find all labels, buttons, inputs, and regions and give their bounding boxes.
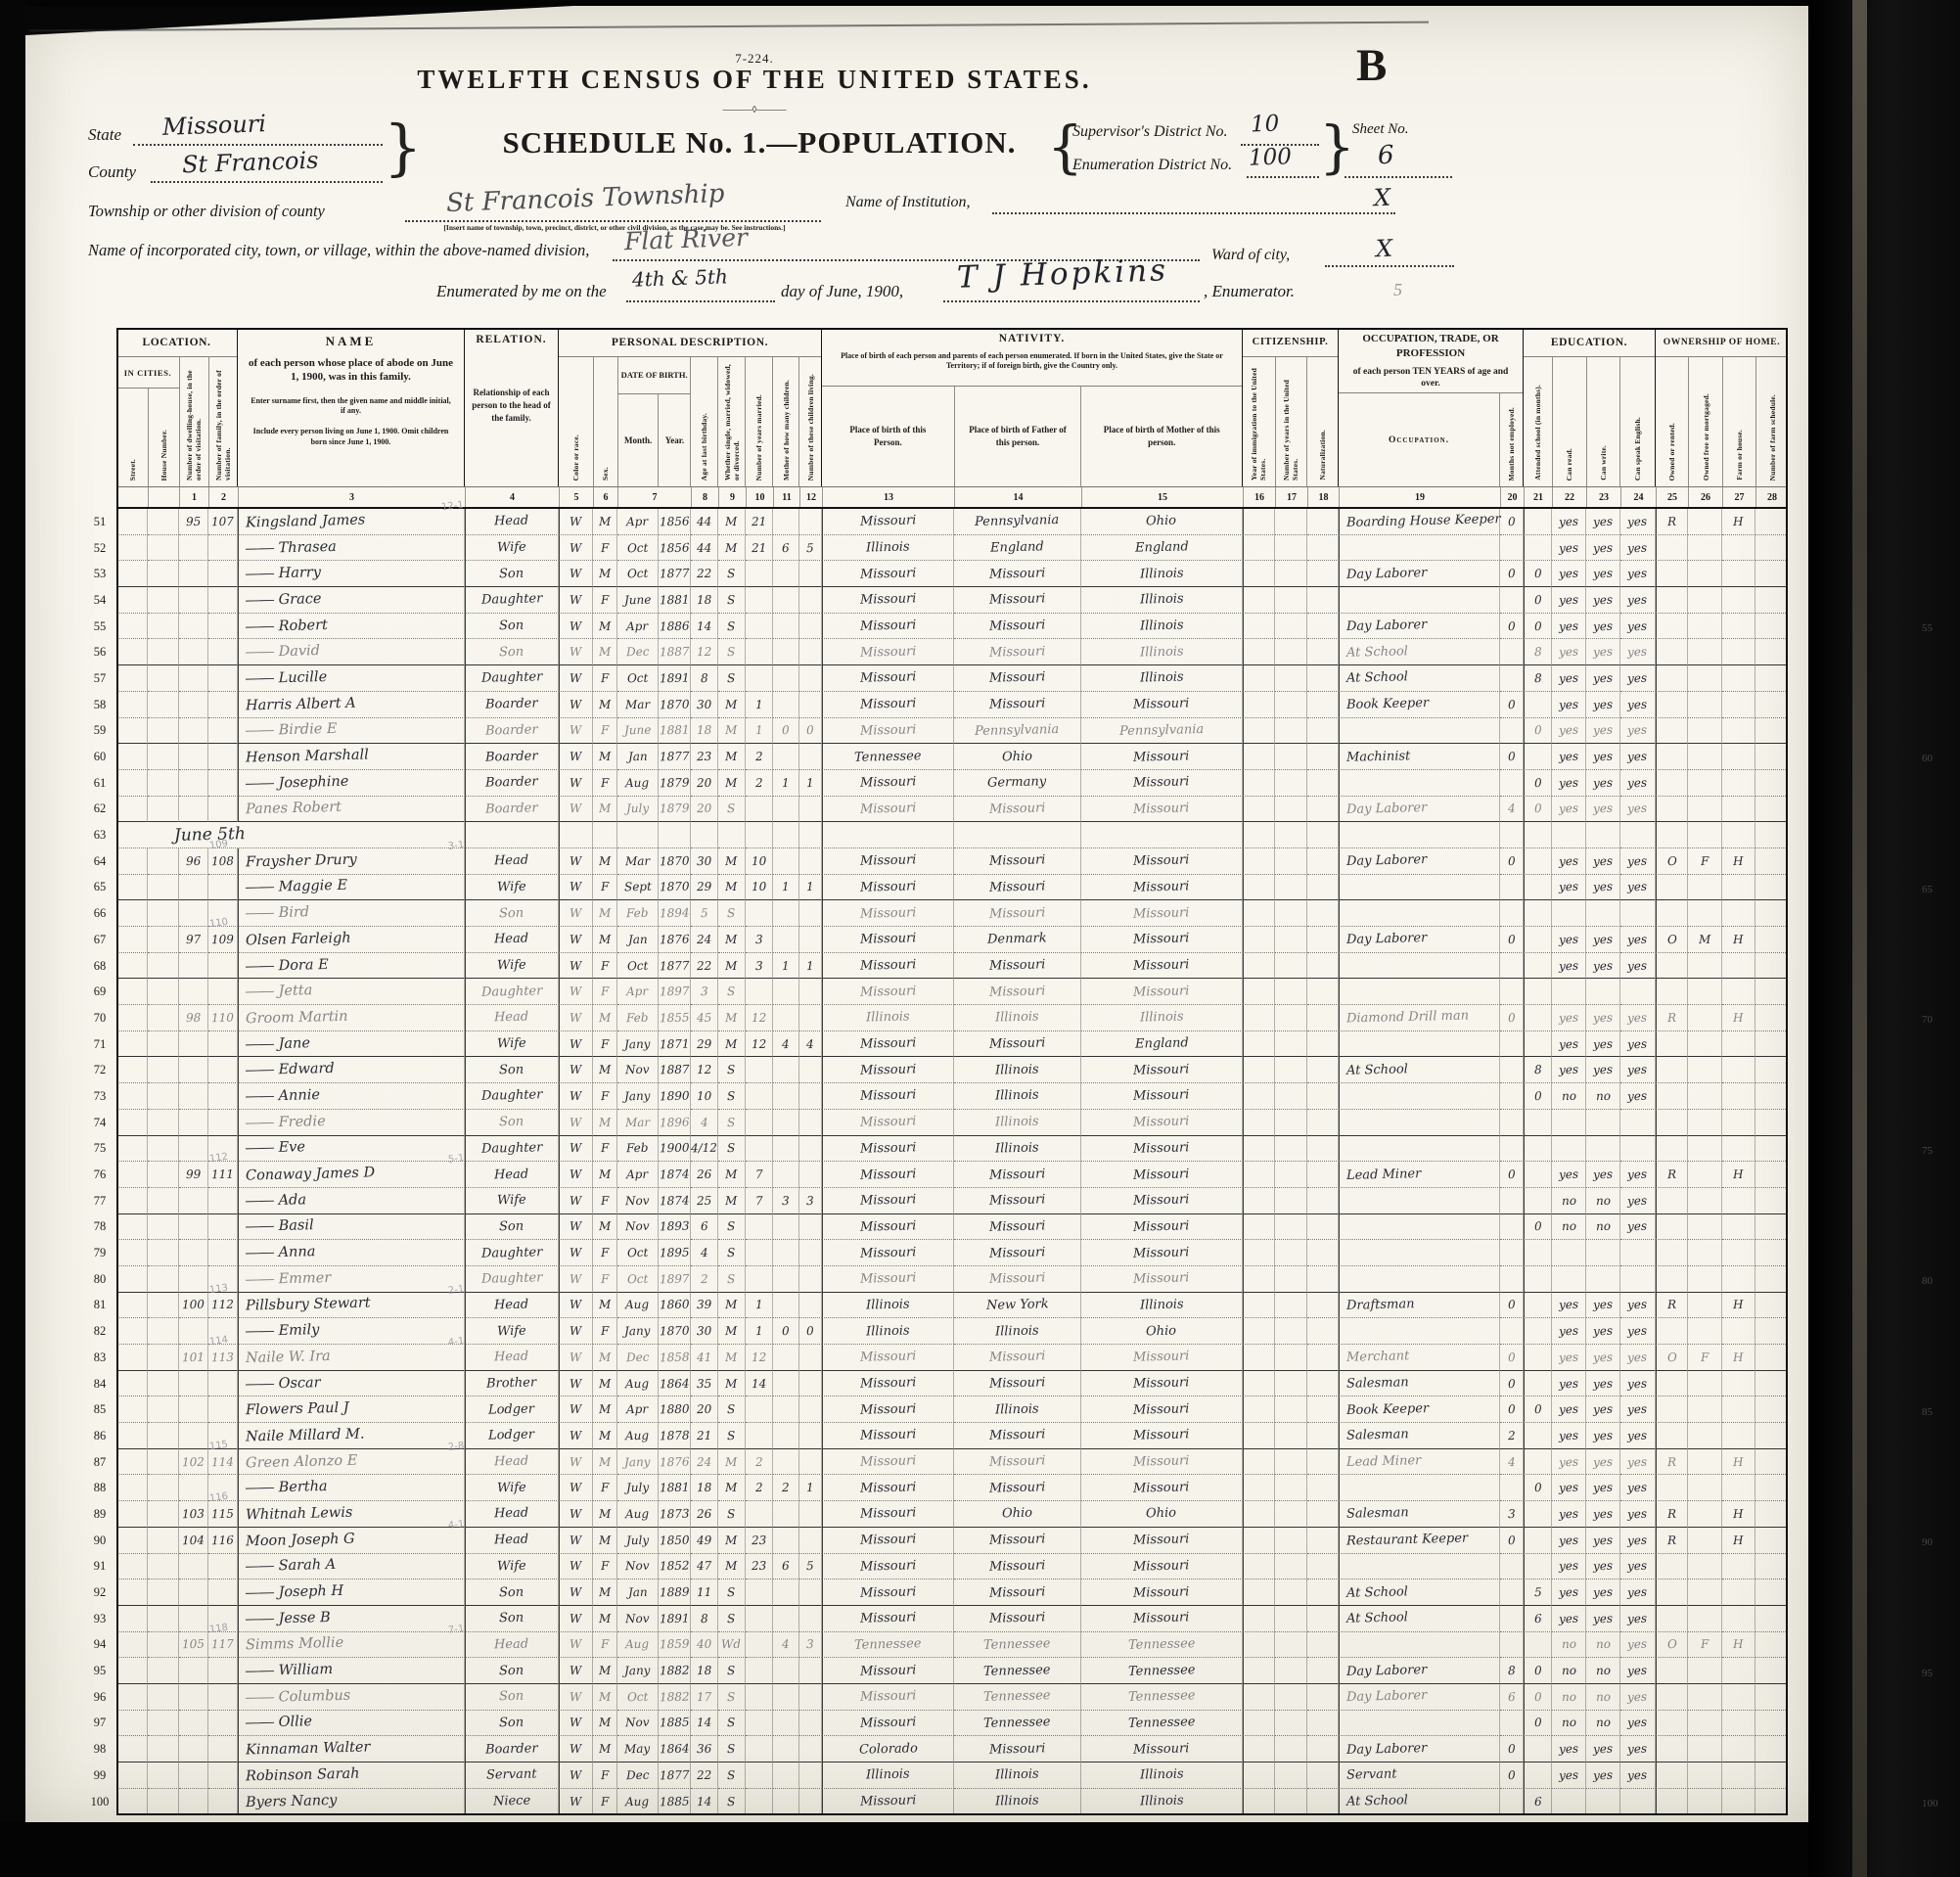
cell-yr: 1877 bbox=[659, 1763, 691, 1789]
cell-wr: yes bbox=[1586, 1005, 1620, 1031]
cell-nat bbox=[1307, 1318, 1339, 1345]
cell-fam bbox=[208, 1711, 238, 1737]
census-table: LOCATION. IN CITIES. Street. House Numbe… bbox=[83, 328, 1788, 1817]
cell-en: yes bbox=[1620, 1736, 1656, 1763]
cell-pb: Missouri bbox=[822, 1371, 954, 1397]
cell-fm bbox=[1688, 1658, 1722, 1684]
cell-own bbox=[1656, 744, 1688, 770]
cell-m: S bbox=[718, 1423, 746, 1449]
cell-pm: Missouri bbox=[1081, 1736, 1243, 1763]
cell-sched bbox=[1755, 1031, 1788, 1058]
ward-line bbox=[1325, 265, 1454, 267]
cell-s: M bbox=[593, 1449, 617, 1476]
cell-mo bbox=[617, 822, 659, 848]
cell-mne bbox=[1500, 1110, 1524, 1136]
cell-mne bbox=[1500, 639, 1524, 665]
cell-s: M bbox=[593, 797, 617, 823]
cell-wr: no bbox=[1586, 1711, 1620, 1737]
cell-own: R bbox=[1656, 509, 1688, 535]
cell-sched bbox=[1755, 561, 1788, 587]
cell-m: M bbox=[718, 535, 746, 562]
cell-mo: Mar bbox=[617, 692, 659, 718]
cell-dw: 95 bbox=[179, 509, 208, 535]
cell-name: Panes Robert bbox=[238, 797, 465, 823]
cell-yr: 1900 bbox=[659, 1136, 691, 1163]
cell-rel: Boarder bbox=[465, 744, 559, 770]
column-number: 21 bbox=[1524, 487, 1552, 507]
cell-en: yes bbox=[1620, 1711, 1656, 1737]
cell-sch: 0 bbox=[1524, 1396, 1552, 1423]
cell-occ bbox=[1339, 979, 1500, 1005]
cell-occ: Day Laborer bbox=[1339, 1684, 1500, 1711]
cell-own bbox=[1656, 1579, 1688, 1606]
cell-n: 55 bbox=[83, 614, 116, 640]
cell-cl: 3 bbox=[799, 1188, 822, 1214]
cell-cl bbox=[799, 927, 822, 953]
cell-wr: yes bbox=[1586, 614, 1620, 640]
cell-en bbox=[1620, 900, 1656, 927]
cell-nat bbox=[1307, 1240, 1339, 1266]
cell-cl bbox=[799, 1345, 822, 1371]
cell-n: 73 bbox=[83, 1083, 116, 1110]
cell-fm bbox=[1688, 1083, 1722, 1110]
personal-title: PERSONAL DESCRIPTION. bbox=[559, 328, 821, 357]
cell-mo: Jany bbox=[617, 1449, 659, 1476]
cell-pb: Missouri bbox=[822, 1110, 954, 1136]
cell-occ: Salesman bbox=[1339, 1501, 1500, 1528]
cell-ym: 21 bbox=[746, 535, 773, 562]
cell-fm bbox=[1688, 1396, 1722, 1423]
cell-mne: 8 bbox=[1500, 1658, 1524, 1684]
cell-dw bbox=[179, 1475, 208, 1501]
cell-en: yes bbox=[1620, 587, 1656, 614]
cell-rel: Daughter bbox=[465, 979, 559, 1005]
cell-yus bbox=[1275, 509, 1307, 535]
cell-ym bbox=[746, 665, 773, 692]
cell-sch bbox=[1524, 953, 1552, 980]
cell-mc bbox=[773, 1136, 799, 1163]
cell-street bbox=[116, 718, 148, 745]
cell-pm: Missouri bbox=[1081, 797, 1243, 823]
cell-sched bbox=[1755, 1214, 1788, 1241]
cell-fh bbox=[1722, 1423, 1755, 1449]
cell-im bbox=[1243, 1528, 1275, 1554]
table-header: LOCATION. IN CITIES. Street. House Numbe… bbox=[116, 328, 1788, 487]
cell-wr: yes bbox=[1586, 770, 1620, 797]
cell-own: R bbox=[1656, 1528, 1688, 1554]
cell-pm: Illinois bbox=[1081, 561, 1243, 587]
cell-yus bbox=[1275, 1240, 1307, 1266]
cell-yr: 1885 bbox=[659, 1711, 691, 1737]
cell-mc: 6 bbox=[773, 1554, 799, 1580]
column-number: 17 bbox=[1275, 487, 1307, 507]
cell-nat bbox=[1307, 1057, 1339, 1083]
header-group-relation: RELATION. Relationship of each person to… bbox=[465, 328, 559, 486]
cell-im bbox=[1243, 848, 1275, 875]
cell-mne bbox=[1500, 979, 1524, 1005]
cell-pb: Missouri bbox=[822, 1345, 954, 1371]
cell-age: 18 bbox=[691, 1658, 718, 1684]
col28-label: Number of farm schedule. bbox=[1768, 394, 1777, 481]
cell-occ bbox=[1339, 770, 1500, 797]
cell-ym: 10 bbox=[746, 875, 773, 901]
cell-mc bbox=[773, 1423, 799, 1449]
cell-name: ―― Birdie E bbox=[238, 718, 465, 745]
cell-sch bbox=[1524, 848, 1552, 875]
cell-yr: 1886 bbox=[659, 614, 691, 640]
cell-house bbox=[148, 1266, 179, 1293]
cell-mo: Feb bbox=[617, 1136, 659, 1163]
cell-pm: Illinois bbox=[1081, 1005, 1243, 1031]
cell-n: 92 bbox=[83, 1579, 116, 1606]
column-number: 27 bbox=[1722, 487, 1755, 507]
cell-m: M bbox=[718, 1528, 746, 1554]
cell-own: R bbox=[1656, 1162, 1688, 1188]
cell-yus bbox=[1275, 900, 1307, 927]
cell-wr: yes bbox=[1586, 1763, 1620, 1789]
cell-fh bbox=[1722, 770, 1755, 797]
cell-pf: Missouri bbox=[954, 1736, 1081, 1763]
cell-pf: Missouri bbox=[954, 953, 1081, 980]
cell-fm bbox=[1688, 1423, 1722, 1449]
cell-s: M bbox=[593, 900, 617, 927]
cell-c: W bbox=[559, 953, 593, 980]
cell-n: 82 bbox=[83, 1318, 116, 1345]
cell-age: 18 bbox=[691, 718, 718, 745]
cell-age: 49 bbox=[691, 1528, 718, 1554]
cell-sched bbox=[1755, 639, 1788, 665]
cell-im bbox=[1243, 1396, 1275, 1423]
cell-im bbox=[1243, 1345, 1275, 1371]
cell-rel: Wife bbox=[465, 953, 559, 980]
cell-rel: Wife bbox=[465, 1031, 559, 1058]
cell-wr: yes bbox=[1586, 1396, 1620, 1423]
cell-sched bbox=[1755, 692, 1788, 718]
cell-s: F bbox=[593, 587, 617, 614]
cell-name: ―― Oscar bbox=[238, 1371, 465, 1397]
column-number: 19 bbox=[1339, 487, 1500, 507]
cell-rd: yes bbox=[1552, 953, 1586, 980]
cell-ym bbox=[746, 1240, 773, 1266]
cell-wr bbox=[1586, 822, 1620, 848]
cell-pf: Missouri bbox=[954, 979, 1081, 1005]
cell-n: 68 bbox=[83, 953, 116, 980]
cell-yus bbox=[1275, 797, 1307, 823]
cell-age: 20 bbox=[691, 1396, 718, 1423]
cell-pm bbox=[1081, 822, 1243, 848]
cell-ym bbox=[746, 1423, 773, 1449]
institution-line bbox=[992, 212, 1395, 214]
cell-age: 22 bbox=[691, 953, 718, 980]
cell-fh bbox=[1722, 1789, 1755, 1815]
cell-mo: Apr bbox=[617, 1396, 659, 1423]
cell-street bbox=[116, 639, 148, 665]
cell-occ: At School bbox=[1339, 639, 1500, 665]
cell-yus bbox=[1275, 1136, 1307, 1163]
cell-age: 21 bbox=[691, 1423, 718, 1449]
cell-ym: 23 bbox=[746, 1528, 773, 1554]
cell-sched bbox=[1755, 1345, 1788, 1371]
enumerated-label: Enumerated by me on the bbox=[436, 282, 607, 301]
cell-m: M bbox=[718, 509, 746, 535]
cell-ym bbox=[746, 614, 773, 640]
column-number bbox=[148, 487, 179, 507]
cell-fh bbox=[1722, 1396, 1755, 1423]
cell-yr: 1880 bbox=[659, 1396, 691, 1423]
cell-rel: Wife bbox=[465, 1318, 559, 1345]
cell-fam: 117118 bbox=[208, 1632, 238, 1659]
cell-fh bbox=[1722, 822, 1755, 848]
col-house-label: House Number. bbox=[160, 430, 168, 481]
cell-fm bbox=[1688, 797, 1722, 823]
cell-pb: Missouri bbox=[822, 692, 954, 718]
cell-age: 26 bbox=[691, 1162, 718, 1188]
dob-title: DATE OF BIRTH. bbox=[618, 357, 691, 394]
cell-pb: Missouri bbox=[822, 1554, 954, 1580]
cell-s: M bbox=[593, 1005, 617, 1031]
cell-yr: 1881 bbox=[659, 587, 691, 614]
edge-row-number: 75 bbox=[1922, 1145, 1955, 1157]
cell-mo: Nov bbox=[617, 1606, 659, 1632]
cell-fm bbox=[1688, 718, 1722, 745]
cell-pf: Missouri bbox=[954, 1449, 1081, 1476]
cell-rd: yes bbox=[1552, 1579, 1586, 1606]
cell-street bbox=[116, 1240, 148, 1266]
cell-rd: yes bbox=[1552, 797, 1586, 823]
cell-n: 53 bbox=[83, 561, 116, 587]
scan-bottom-edge bbox=[0, 1822, 1808, 1877]
cell-sched bbox=[1755, 1396, 1788, 1423]
cell-c: W bbox=[559, 900, 593, 927]
cell-yus bbox=[1275, 1528, 1307, 1554]
cell-sch: 0 bbox=[1524, 561, 1552, 587]
cell-age: 24 bbox=[691, 1449, 718, 1476]
cell-sch: 5 bbox=[1524, 1579, 1552, 1606]
cell-mne bbox=[1500, 587, 1524, 614]
cell-s: M bbox=[593, 744, 617, 770]
cell-dw bbox=[179, 1266, 208, 1293]
cell-mne: 0 bbox=[1500, 848, 1524, 875]
cell-rd: yes bbox=[1552, 848, 1586, 875]
cell-rel bbox=[465, 822, 559, 848]
cell-street bbox=[116, 953, 148, 980]
header-group-name: NAME of each person whose place of abode… bbox=[238, 328, 465, 486]
cell-en: yes bbox=[1620, 1057, 1656, 1083]
cell-im bbox=[1243, 692, 1275, 718]
cell-age: 8 bbox=[691, 665, 718, 692]
cell-fh bbox=[1722, 1606, 1755, 1632]
cell-age: 18 bbox=[691, 1475, 718, 1501]
cell-fm bbox=[1688, 900, 1722, 927]
cell-fm bbox=[1688, 1136, 1722, 1163]
cell-cl bbox=[799, 1266, 822, 1293]
cell-ym bbox=[746, 1214, 773, 1241]
cell-pb: Missouri bbox=[822, 1266, 954, 1293]
cell-pb: Missouri bbox=[822, 1528, 954, 1554]
cell-rel: Son bbox=[465, 1658, 559, 1684]
cell-rel: Son bbox=[465, 561, 559, 587]
cell-fam bbox=[208, 587, 238, 614]
cell-pm: Illinois bbox=[1081, 587, 1243, 614]
cell-name: Moon Joseph G4-1 bbox=[238, 1528, 465, 1554]
cell-rel: Daughter bbox=[465, 1136, 559, 1163]
cell-m: M bbox=[718, 1318, 746, 1345]
cell-rd bbox=[1552, 1266, 1586, 1293]
cell-nat bbox=[1307, 1214, 1339, 1241]
cell-name: ―― Emily bbox=[238, 1318, 465, 1345]
cell-house bbox=[148, 1449, 179, 1476]
cell-cl bbox=[799, 1736, 822, 1763]
column-number: 6 bbox=[593, 487, 617, 507]
cell-fm bbox=[1688, 979, 1722, 1005]
cell-m: S bbox=[718, 1240, 746, 1266]
column-number: 22 bbox=[1552, 487, 1586, 507]
cell-street bbox=[116, 1632, 148, 1659]
col19-label: Occupation. bbox=[1339, 393, 1499, 486]
cell-c: W bbox=[559, 1110, 593, 1136]
cell-n: 60 bbox=[83, 744, 116, 770]
cell-rd: yes bbox=[1552, 1554, 1586, 1580]
cell-name: Conaway James D5-1 bbox=[238, 1162, 465, 1188]
cell-s: F bbox=[593, 1240, 617, 1266]
cell-rel: Brother bbox=[465, 1371, 559, 1397]
cell-fm bbox=[1688, 1214, 1722, 1241]
cell-cl bbox=[799, 561, 822, 587]
cell-m: M bbox=[718, 927, 746, 953]
cell-im bbox=[1243, 718, 1275, 745]
cell-pb: Missouri bbox=[822, 770, 954, 797]
cell-rd: no bbox=[1552, 1188, 1586, 1214]
cell-pf: Tennessee bbox=[954, 1658, 1081, 1684]
cell-own bbox=[1656, 1554, 1688, 1580]
cell-name: Byers Nancy bbox=[238, 1789, 465, 1815]
cell-m: M bbox=[718, 1475, 746, 1501]
cell-pf: Tennessee bbox=[954, 1684, 1081, 1711]
cell-rel: Son bbox=[465, 614, 559, 640]
schedule-title: SCHEDULE No. 1.—POPULATION. bbox=[436, 125, 1082, 160]
cell-fh: H bbox=[1722, 1632, 1755, 1659]
cell-im bbox=[1243, 1632, 1275, 1659]
cell-nat bbox=[1307, 718, 1339, 745]
cell-dw bbox=[179, 979, 208, 1005]
cell-yus bbox=[1275, 1684, 1307, 1711]
cell-c: W bbox=[559, 1031, 593, 1058]
cell-dw bbox=[179, 1554, 208, 1580]
cell-s: M bbox=[593, 1110, 617, 1136]
cell-rel: Head bbox=[465, 1449, 559, 1476]
cell-pb: Missouri bbox=[822, 927, 954, 953]
cell-n: 69 bbox=[83, 979, 116, 1005]
cell-sch: 0 bbox=[1524, 1083, 1552, 1110]
cell-street bbox=[116, 1789, 148, 1815]
cell-street bbox=[116, 770, 148, 797]
cell-im bbox=[1243, 1684, 1275, 1711]
cell-house bbox=[148, 692, 179, 718]
cell-en bbox=[1620, 979, 1656, 1005]
cell-yus bbox=[1275, 1162, 1307, 1188]
cell-occ bbox=[1339, 953, 1500, 980]
cell-rel: Wife bbox=[465, 1475, 559, 1501]
cell-street bbox=[116, 900, 148, 927]
cell-rel: Son bbox=[465, 639, 559, 665]
cell-rel: Wife bbox=[465, 535, 559, 562]
cell-cl bbox=[799, 1501, 822, 1528]
enumeration-line bbox=[1247, 176, 1319, 178]
township-value: St Francois Township bbox=[446, 179, 725, 218]
cell-own bbox=[1656, 1475, 1688, 1501]
cell-ym bbox=[746, 639, 773, 665]
cell-s: F bbox=[593, 1475, 617, 1501]
cell-ym: 10 bbox=[746, 848, 773, 875]
cell-fm bbox=[1688, 770, 1722, 797]
cell-wr: yes bbox=[1586, 927, 1620, 953]
cell-en bbox=[1620, 1110, 1656, 1136]
cell-im bbox=[1243, 1711, 1275, 1737]
name-note-2: Include every person living on June 1, 1… bbox=[248, 427, 454, 448]
sheet-corner-letter: B bbox=[1356, 39, 1387, 92]
cell-fh bbox=[1722, 1371, 1755, 1397]
cell-n: 58 bbox=[83, 692, 116, 718]
cell-c: W bbox=[559, 797, 593, 823]
cell-dw: 97 bbox=[179, 927, 208, 953]
cell-rd: yes bbox=[1552, 535, 1586, 562]
cell-cl bbox=[799, 587, 822, 614]
cell-dw bbox=[179, 1110, 208, 1136]
city-label: Name of incorporated city, town, or vill… bbox=[88, 241, 589, 260]
cell-name: ―― Josephine bbox=[238, 770, 465, 797]
relation-desc: Relationship of each person to the head … bbox=[471, 387, 552, 425]
institution-label: Name of Institution, bbox=[845, 194, 971, 211]
cell-ym: 1 bbox=[746, 1293, 773, 1319]
cell-sch: 0 bbox=[1524, 1658, 1552, 1684]
cell-mne: 3 bbox=[1500, 1501, 1524, 1528]
cell-yr: 1873 bbox=[659, 1501, 691, 1528]
cell-pm: Missouri bbox=[1081, 1579, 1243, 1606]
cell-own bbox=[1656, 639, 1688, 665]
enumerator-label: , Enumerator. bbox=[1204, 282, 1295, 301]
cell-ym: 12 bbox=[746, 1031, 773, 1058]
cell-own bbox=[1656, 1266, 1688, 1293]
cell-c: W bbox=[559, 1057, 593, 1083]
cell-house bbox=[148, 614, 179, 640]
cell-fam: 108109 bbox=[208, 848, 238, 875]
cell-fam bbox=[208, 639, 238, 665]
cell-street bbox=[116, 1554, 148, 1580]
cell-im bbox=[1243, 1031, 1275, 1058]
cell-c: W bbox=[559, 1005, 593, 1031]
cell-fam bbox=[208, 1684, 238, 1711]
cell-fh: H bbox=[1722, 1449, 1755, 1476]
cell-wr: no bbox=[1586, 1684, 1620, 1711]
cell-name: ―― Emmer bbox=[238, 1266, 465, 1293]
cell-fh bbox=[1722, 1318, 1755, 1345]
cell-own bbox=[1656, 1031, 1688, 1058]
cell-nat bbox=[1307, 770, 1339, 797]
cell-own bbox=[1656, 875, 1688, 901]
cell-sched bbox=[1755, 1763, 1788, 1789]
cell-sch bbox=[1524, 1318, 1552, 1345]
cell-fh bbox=[1722, 900, 1755, 927]
cell-yus bbox=[1275, 1396, 1307, 1423]
cell-rd: no bbox=[1552, 1083, 1586, 1110]
cell-wr: yes bbox=[1586, 1162, 1620, 1188]
cell-pb: Missouri bbox=[822, 848, 954, 875]
cell-fm bbox=[1688, 875, 1722, 901]
cell-n: 61 bbox=[83, 770, 116, 797]
cell-name: Flowers Paul J bbox=[238, 1396, 465, 1423]
cell-m bbox=[718, 822, 746, 848]
cell-dw: 102 bbox=[179, 1449, 208, 1476]
